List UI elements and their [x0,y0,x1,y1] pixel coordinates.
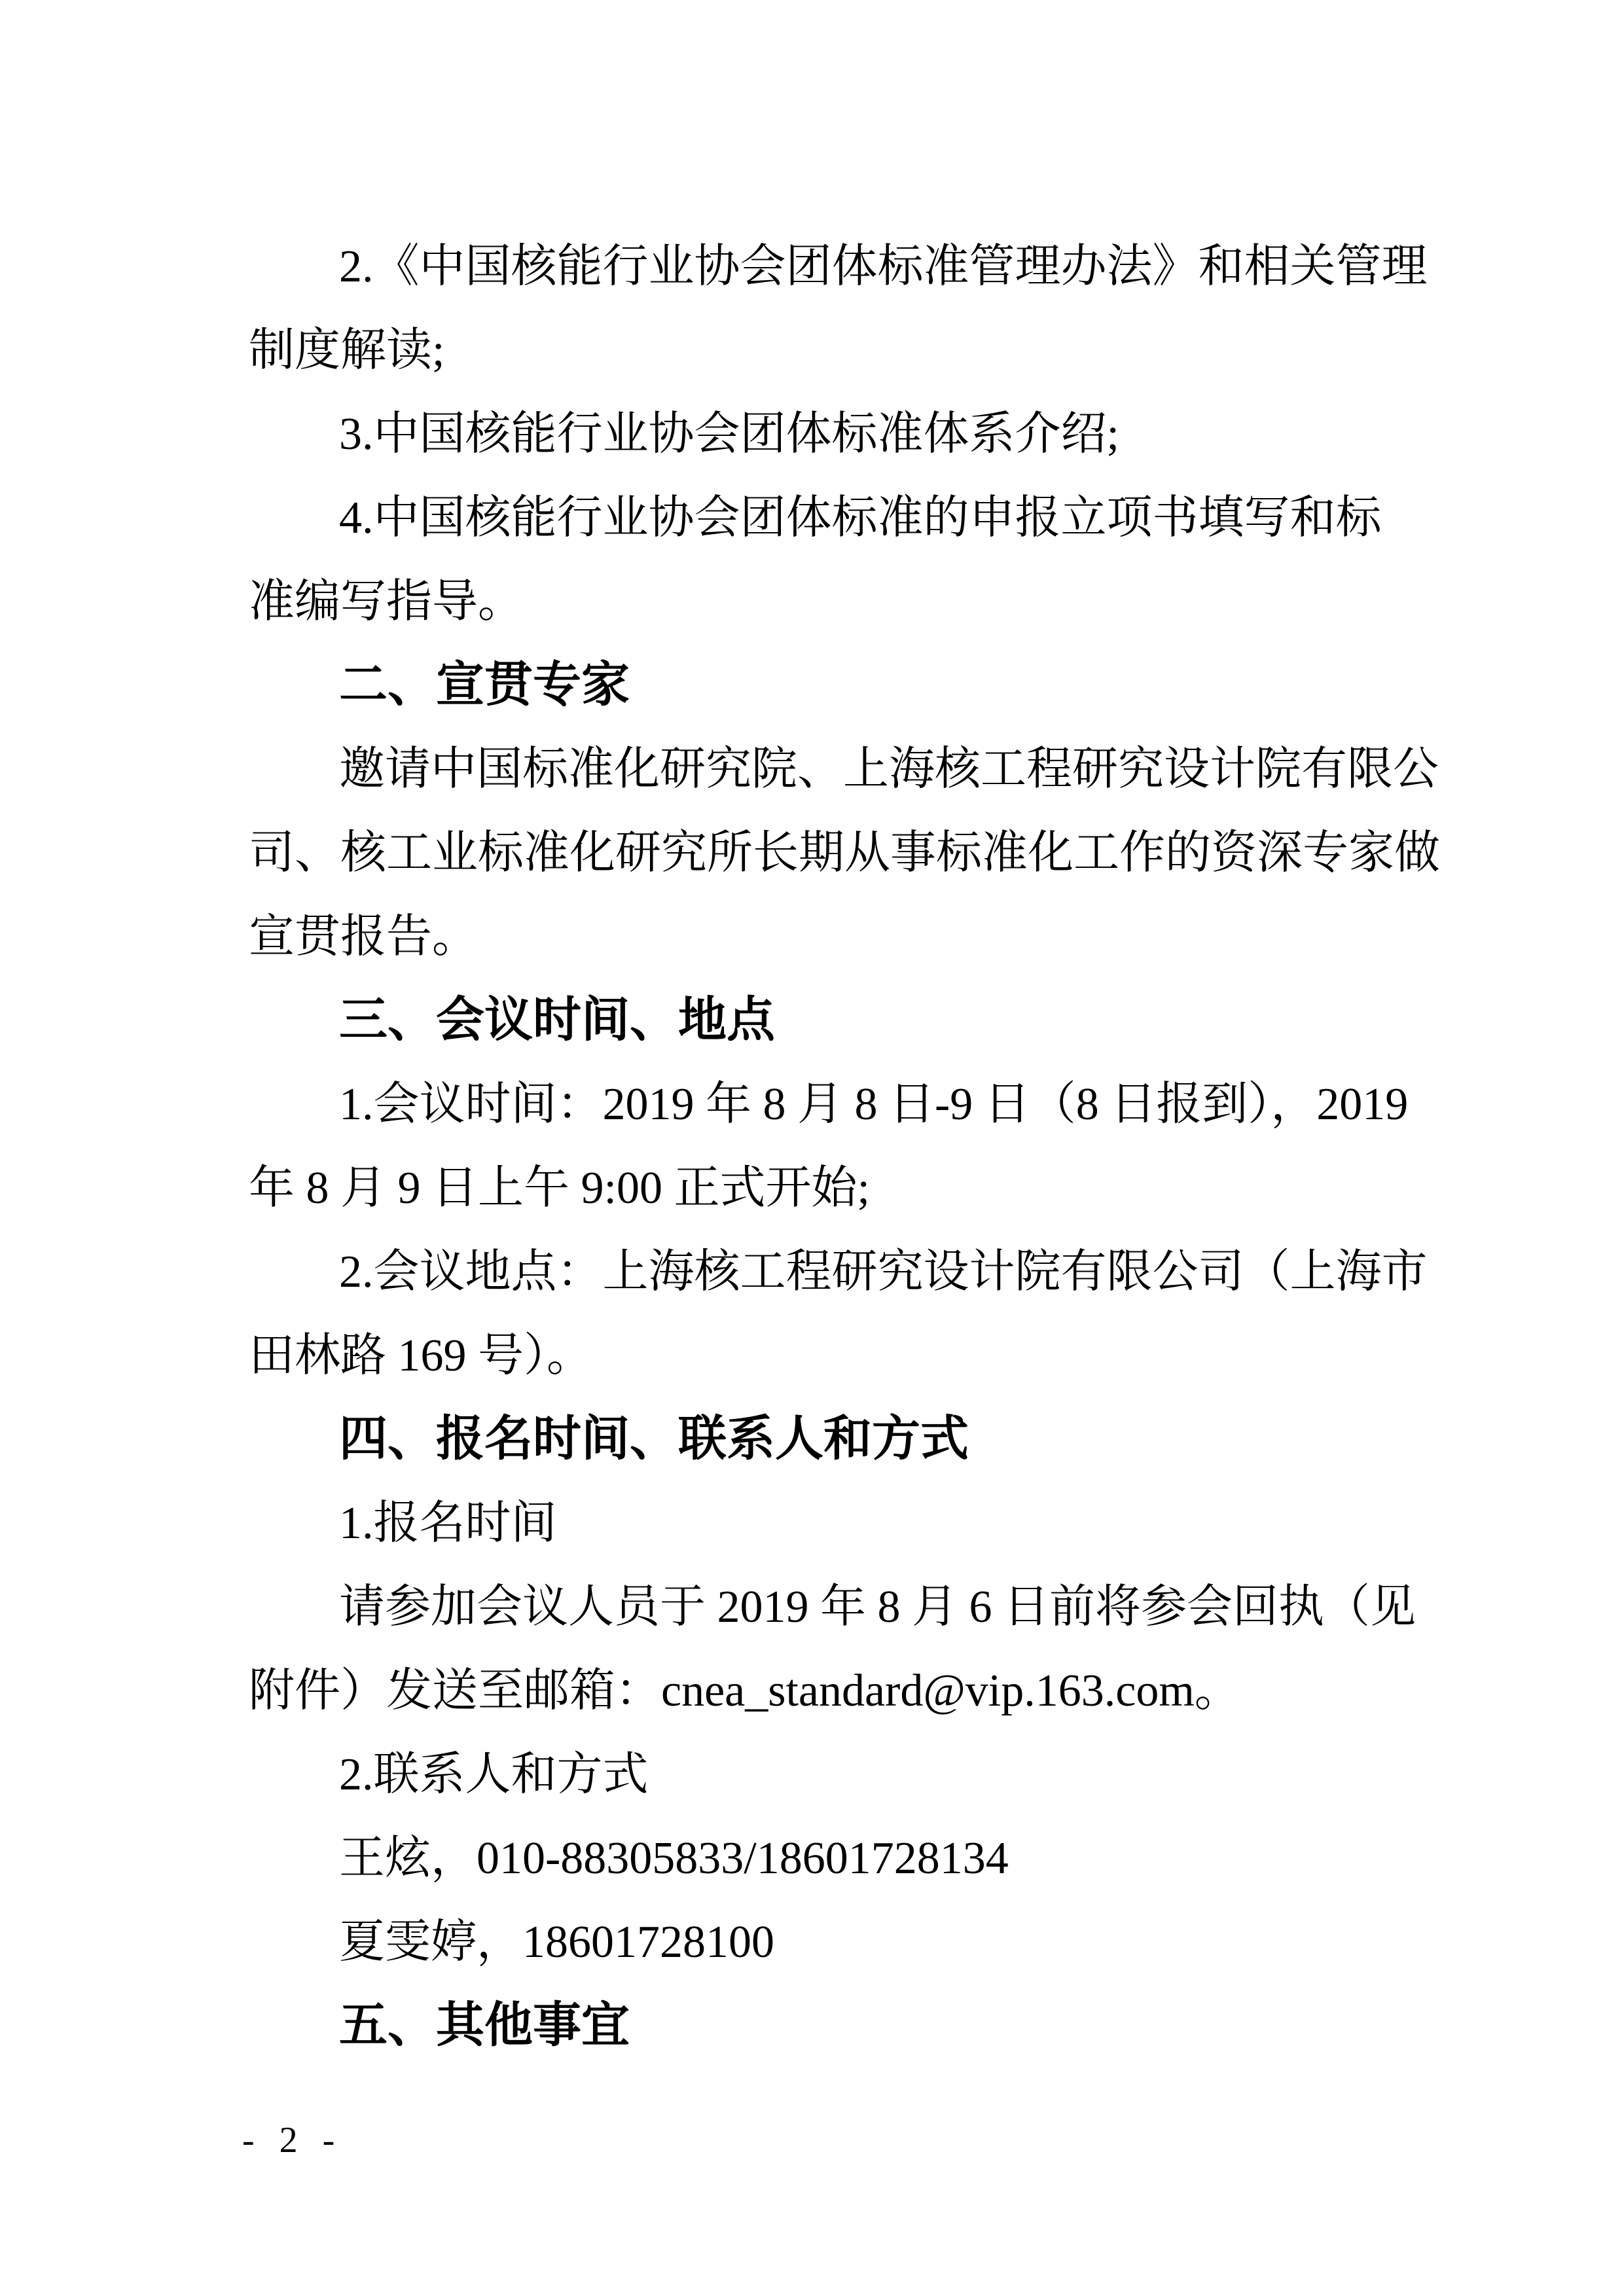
body-line: 夏雯婷，18601728100 [249,1895,1402,1979]
document-body: 2.《中国核能行业协会团体标准管理办法》和相关管理 制度解读; 3.中国核能行业… [249,220,1402,2063]
document-page: 2.《中国核能行业协会团体标准管理办法》和相关管理 制度解读; 3.中国核能行业… [0,0,1624,2296]
body-line: 2.《中国核能行业协会团体标准管理办法》和相关管理 [249,220,1402,304]
body-line: 2.联系人和方式 [249,1728,1402,1812]
page-number: - 2 - [242,2119,342,2161]
body-line: 2.会议地点：上海核工程研究设计院有限公司（上海市 [249,1225,1402,1309]
body-line: 制度解读; [249,304,1402,387]
body-line: 邀请中国标准化研究院、上海核工程研究设计院有限公 [249,723,1402,806]
body-line: 1.会议时间：2019 年 8 月 8 日-9 日（8 日报到），2019 [249,1058,1402,1141]
body-line: 宣贯报告。 [249,890,1402,974]
body-line: 年 8 月 9 日上午 9:00 正式开始; [249,1141,1402,1225]
section-heading: 五、其他事宜 [249,1979,1402,2063]
section-heading: 四、报名时间、联系人和方式 [249,1393,1402,1477]
body-line: 请参加会议人员于 2019 年 8 月 6 日前将参会回执（见 [249,1560,1402,1644]
body-line: 王炫，010-88305833/18601728134 [249,1812,1402,1895]
body-line: 4.中国核能行业协会团体标准的申报立项书填写和标 [249,471,1402,555]
body-line: 1.报名时间 [249,1477,1402,1560]
body-line: 司、核工业标准化研究所长期从事标准化工作的资深专家做 [249,806,1402,890]
body-line: 准编写指导。 [249,555,1402,639]
section-heading: 三、会议时间、地点 [249,974,1402,1058]
body-line: 田林路 169 号）。 [249,1309,1402,1393]
body-line: 3.中国核能行业协会团体标准体系介绍; [249,387,1402,471]
body-line: 附件）发送至邮箱：cnea_standard@vip.163.com。 [249,1644,1402,1728]
section-heading: 二、宣贯专家 [249,639,1402,723]
